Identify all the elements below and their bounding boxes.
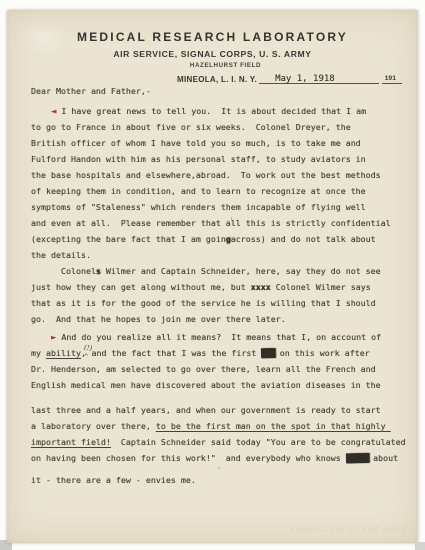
underlined-text: ability — [46, 348, 81, 358]
salutation: Dear Mother and Father,- — [31, 86, 406, 102]
underlined-text: important field! — [31, 437, 111, 447]
text-segment: about — [368, 453, 398, 463]
text-segment: (excepting the bare fact that I am goin — [31, 234, 226, 244]
text-segment: the details. — [31, 250, 91, 260]
typewritten-line: of keeping them in condition, and to lea… — [31, 186, 406, 202]
blacked-out-word: ███ — [261, 348, 275, 358]
text-segment: Wilmer and Captain Schneider, here, say … — [101, 266, 381, 276]
text-segment: symptoms of "Staleness" which renders th… — [31, 202, 366, 212]
letterhead-place-label: MINEOLA, L. I. N. Y. — [177, 75, 257, 84]
text-segment: Colonel Wilmer says — [271, 282, 371, 292]
text-segment: Colonel — [31, 266, 96, 276]
typewritten-line: and even at all. Please remember that al… — [31, 218, 406, 234]
paragraph: ◄ I have great news to tell you. It is a… — [31, 106, 406, 266]
text-segment: Captain Schneider said today "You are to… — [111, 437, 406, 447]
paragraph: ► And do you realize all it means? It me… — [31, 332, 406, 396]
paragraphs-container: ◄ I have great news to tell you. It is a… — [31, 106, 406, 491]
typewritten-line: the base hospitals and elsewhere,abroad.… — [31, 170, 406, 186]
typewritten-line: it - there are a few - envies me. — [31, 475, 406, 491]
printed-year-stub: 191 — [382, 69, 402, 84]
faint-pencil-note: faint pencil inscription — [288, 525, 406, 533]
letterhead-subtitle: AIR SERVICE, SIGNAL CORPS, U. S. ARMY — [7, 49, 418, 59]
letterhead-field-name: HAZELHURST FIELD — [20, 62, 425, 69]
typewritten-line: important field! Captain Schneider said … — [31, 437, 406, 453]
paragraph: Colonels Wilmer and Captain Schneider, h… — [31, 266, 406, 330]
underlined-text: to be the first man on the spot in that … — [156, 421, 391, 431]
typewritten-line: Colonels Wilmer and Captain Schneider, h… — [31, 266, 406, 282]
text-segment: on this work after — [275, 348, 370, 358]
typed-date-value: May 1, 1918 — [259, 74, 335, 84]
letter-paper: MEDICAL RESEARCH LABORATORY AIR SERVICE,… — [7, 10, 418, 543]
typewritten-line: a laboratory over there, to be the first… — [31, 421, 406, 437]
typewritten-line: my ability,^(!)and the fact that I was t… — [31, 348, 406, 364]
typewritten-line: British officer of whom I have told you … — [31, 138, 406, 154]
paragraph: last three and a half years, and when ou… — [31, 405, 406, 491]
text-segment: and the fact that I was the first — [91, 348, 261, 358]
typewritten-line: Fulford Handon with him as his personal … — [31, 154, 406, 170]
text-segment — [31, 332, 51, 342]
text-segment — [31, 106, 51, 116]
text-segment: last three and a half years, and when ou… — [31, 405, 381, 415]
date-underline: May 1, 1918 — [259, 70, 379, 84]
text-segment: I have great news to tell you. It is abo… — [56, 106, 366, 116]
text-segment: across) and do not talk about — [231, 234, 376, 244]
typewritten-line: (excepting the bare fact that I am going… — [31, 234, 406, 250]
text-segment: go. And that he hopes to join me over th… — [31, 314, 286, 324]
typewritten-line: to go to France in about five or six wee… — [31, 122, 406, 138]
blacked-out-word: █████ — [346, 453, 369, 464]
text-segment: Dr. Henderson, am selected to go over th… — [31, 364, 376, 374]
typewritten-line: Dr. Henderson, am selected to go over th… — [31, 364, 406, 380]
text-segment: to go to France in about five or six wee… — [31, 122, 351, 132]
typed-strikeout: xxxx — [251, 282, 271, 292]
typewritten-line: symptoms of "Staleness" which renders th… — [31, 202, 406, 218]
typewritten-line: last three and a half years, and when ou… — [31, 405, 406, 421]
text-segment: Fulford Handon with him as his personal … — [31, 154, 366, 164]
text-segment: my — [31, 348, 46, 358]
handwritten-insertion: (!) — [84, 343, 93, 352]
text-segment: of keeping them in condition, and to lea… — [31, 186, 366, 196]
letterhead-title: MEDICAL RESEARCH LABORATORY — [7, 30, 418, 44]
text-segment: English medical men have discovered abou… — [31, 380, 381, 390]
typewritten-line: the details. — [31, 250, 406, 266]
typewritten-line: just how they can get along without me, … — [31, 282, 406, 298]
typewritten-line: ◄ I have great news to tell you. It is a… — [31, 106, 406, 122]
text-segment: the base hospitals and elsewhere,abroad.… — [31, 170, 381, 180]
text-segment: just how they can get along without me, … — [31, 282, 251, 292]
insertion-caret: ^ — [84, 353, 88, 361]
text-segment: that as it is for the good of the servic… — [31, 298, 376, 308]
text-segment: it - there are a few - envies me. — [31, 475, 196, 485]
letter-body: Dear Mother and Father,- ◄ I have great … — [31, 86, 406, 491]
scanner-background: MEDICAL RESEARCH LABORATORY AIR SERVICE,… — [0, 0, 425, 550]
typewritten-line: English medical men have discovered abou… — [31, 380, 406, 396]
text-segment: a laboratory over there, — [31, 421, 156, 431]
text-segment: British officer of whom I have told you … — [31, 138, 361, 148]
typewritten-line: that as it is for the good of the servic… — [31, 298, 406, 314]
text-segment: And do you realize all it means? It mean… — [56, 332, 381, 342]
letterhead-date-row: MINEOLA, L. I. N. Y. May 1, 1918 191 — [177, 69, 402, 84]
typewritten-line: go. And that he hopes to join me over th… — [31, 314, 406, 330]
text-segment: and even at all. Please remember that al… — [31, 218, 391, 228]
text-segment: on having been chosen for this work!" an… — [31, 453, 346, 463]
